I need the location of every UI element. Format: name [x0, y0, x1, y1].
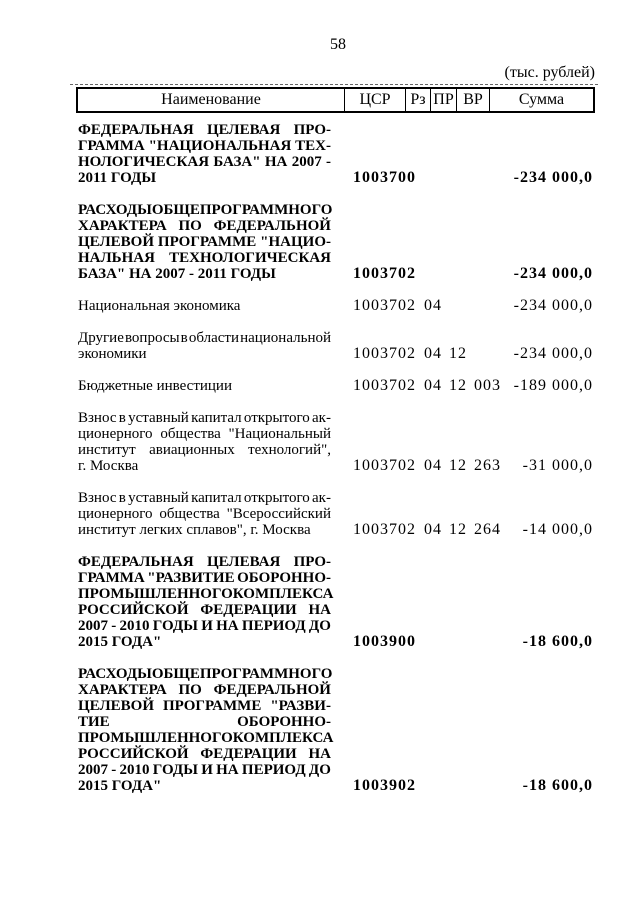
- row-cell-rz: 04: [424, 298, 442, 314]
- row-name-line: 2015 ГОДА": [78, 634, 331, 650]
- row-cell-sum: -234 000,0: [514, 266, 593, 282]
- scan-artifact-line: [70, 84, 598, 85]
- row-name-line: ПРОМЫШЛЕННОГОКОМПЛЕКСА: [78, 586, 331, 602]
- table-row: Взносвуставныйкапиталоткрытогоак-ционерн…: [78, 410, 593, 474]
- table-row: РАСХОДЫОБЩЕПРОГРАММНОГОХАРАКТЕРАПОФЕДЕРА…: [78, 666, 593, 794]
- header-cell-pr: ПР: [431, 89, 457, 111]
- header-cell-rz: Рз: [406, 89, 431, 111]
- row-cell-csr: 1003702: [353, 346, 416, 362]
- row-name-line: ционерногообщества"Национальный: [78, 426, 331, 442]
- row-name: Национальная экономика: [78, 298, 331, 314]
- row-cell-sum: -234 000,0: [514, 346, 593, 362]
- row-cell-rz: 04: [424, 378, 442, 394]
- table-row: Бюджетные инвестиции10037020412003-189 0…: [78, 378, 593, 394]
- row-name-line: институт легких сплавов", г. Москва: [78, 522, 331, 538]
- table-row: ФЕДЕРАЛЬНАЯЦЕЛЕВАЯПРО-ГРАММА"НАЦИОНАЛЬНА…: [78, 122, 593, 186]
- row-name-line: Национальная экономика: [78, 298, 331, 314]
- row-cell-pr: 12: [449, 458, 467, 474]
- row-cell-sum: -18 600,0: [523, 634, 593, 650]
- row-name-line: Взносвуставныйкапиталоткрытогоак-: [78, 490, 331, 506]
- row-cell-csr: 1003702: [353, 298, 416, 314]
- row-cell-vr: 263: [474, 458, 501, 474]
- row-cell-vr: 003: [474, 378, 501, 394]
- document-page: 58 (тыс. рублей) Наименование ЦСР Рз ПР …: [0, 0, 640, 900]
- row-cell-sum: -18 600,0: [523, 778, 593, 794]
- row-cell-pr: 12: [449, 346, 467, 362]
- row-name-line: 2015 ГОДА": [78, 778, 331, 794]
- row-name-line: институтавиационныхтехнологий",: [78, 442, 331, 458]
- header-cell-sum: Сумма: [490, 89, 593, 111]
- row-name-line: ЦЕЛЕВОЙПРОГРАММЕ"НАЦИО-: [78, 234, 331, 250]
- row-name-line: БАЗА" НА 2007 - 2011 ГОДЫ: [78, 266, 331, 282]
- row-cell-pr: 12: [449, 522, 467, 538]
- header-cell-csr: ЦСР: [345, 89, 406, 111]
- row-name-line: Бюджетные инвестиции: [78, 378, 331, 394]
- row-name-line: РАСХОДЫОБЩЕПРОГРАММНОГО: [78, 666, 331, 682]
- row-name-line: Взносвуставныйкапиталоткрытогоак-: [78, 410, 331, 426]
- row-cell-csr: 1003900: [353, 634, 416, 650]
- row-name: Взносвуставныйкапиталоткрытогоак-ционерн…: [78, 410, 331, 474]
- row-name: Другиевопросывобластинациональнойэкономи…: [78, 330, 331, 362]
- row-name-line: Другиевопросывобластинациональной: [78, 330, 331, 346]
- row-name-line: ТИЕОБОРОННО-: [78, 714, 331, 730]
- page-number: 58: [0, 37, 640, 53]
- row-name-line: РОССИЙСКОЙФЕДЕРАЦИИНА: [78, 602, 331, 618]
- header-cell-name: Наименование: [78, 89, 345, 111]
- row-name-line: ФЕДЕРАЛЬНАЯЦЕЛЕВАЯПРО-: [78, 554, 331, 570]
- row-cell-csr: 1003702: [353, 378, 416, 394]
- row-name-line: РАСХОДЫОБЩЕПРОГРАММНОГО: [78, 202, 331, 218]
- row-name-line: г. Москва: [78, 458, 331, 474]
- row-name: ФЕДЕРАЛЬНАЯЦЕЛЕВАЯПРО-ГРАММА"НАЦИОНАЛЬНА…: [78, 122, 331, 186]
- row-name-line: экономики: [78, 346, 331, 362]
- row-cell-rz: 04: [424, 522, 442, 538]
- row-name-line: 2011 ГОДЫ: [78, 170, 331, 186]
- row-cell-csr: 1003702: [353, 522, 416, 538]
- row-name-line: ПРОМЫШЛЕННОГОКОМПЛЕКСА: [78, 730, 331, 746]
- row-name-line: ГРАММА"НАЦИОНАЛЬНАЯТЕХ-: [78, 138, 331, 154]
- table-body: ФЕДЕРАЛЬНАЯЦЕЛЕВАЯПРО-ГРАММА"НАЦИОНАЛЬНА…: [0, 122, 640, 810]
- table-row: Национальная экономика100370204-234 000,…: [78, 298, 593, 314]
- row-name-line: ХАРАКТЕРАПОФЕДЕРАЛЬНОЙ: [78, 682, 331, 698]
- row-cell-sum: -31 000,0: [523, 458, 593, 474]
- row-cell-csr: 1003700: [353, 170, 416, 186]
- table-header: Наименование ЦСР Рз ПР ВР Сумма: [76, 87, 595, 113]
- row-name-line: ГРАММА"РАЗВИТИЕОБОРОННО-: [78, 570, 331, 586]
- row-name: РАСХОДЫОБЩЕПРОГРАММНОГОХАРАКТЕРАПОФЕДЕРА…: [78, 202, 331, 282]
- row-name-line: ХАРАКТЕРАПОФЕДЕРАЛЬНОЙ: [78, 218, 331, 234]
- row-name-line: НОЛОГИЧЕСКАЯБАЗА"НА2007-: [78, 154, 331, 170]
- row-name: ФЕДЕРАЛЬНАЯЦЕЛЕВАЯПРО-ГРАММА"РАЗВИТИЕОБО…: [78, 554, 331, 650]
- row-name-line: ЦЕЛЕВОЙПРОГРАММЕ"РАЗВИ-: [78, 698, 331, 714]
- row-name: РАСХОДЫОБЩЕПРОГРАММНОГОХАРАКТЕРАПОФЕДЕРА…: [78, 666, 331, 794]
- header-cell-vr: ВР: [457, 89, 490, 111]
- row-cell-csr: 1003702: [353, 458, 416, 474]
- table-row: РАСХОДЫОБЩЕПРОГРАММНОГОХАРАКТЕРАПОФЕДЕРА…: [78, 202, 593, 282]
- row-cell-vr: 264: [474, 522, 501, 538]
- row-cell-sum: -189 000,0: [514, 378, 593, 394]
- row-name-line: ФЕДЕРАЛЬНАЯЦЕЛЕВАЯПРО-: [78, 122, 331, 138]
- row-cell-csr: 1003702: [353, 266, 416, 282]
- row-cell-rz: 04: [424, 458, 442, 474]
- row-cell-sum: -14 000,0: [523, 522, 593, 538]
- row-cell-csr: 1003902: [353, 778, 416, 794]
- table-row: Другиевопросывобластинациональнойэкономи…: [78, 330, 593, 362]
- row-cell-rz: 04: [424, 346, 442, 362]
- row-name-line: НАЛЬНАЯТЕХНОЛОГИЧЕСКАЯ: [78, 250, 331, 266]
- row-cell-sum: -234 000,0: [514, 170, 593, 186]
- row-cell-sum: -234 000,0: [514, 298, 593, 314]
- row-name-line: 2007-2010ГОДЫИНАПЕРИОДДО: [78, 762, 331, 778]
- row-cell-pr: 12: [449, 378, 467, 394]
- units-note: (тыс. рублей): [76, 65, 595, 81]
- table-row: ФЕДЕРАЛЬНАЯЦЕЛЕВАЯПРО-ГРАММА"РАЗВИТИЕОБО…: [78, 554, 593, 650]
- table-row: Взносвуставныйкапиталоткрытогоак-ционерн…: [78, 490, 593, 538]
- row-name: Взносвуставныйкапиталоткрытогоак-ционерн…: [78, 490, 331, 538]
- row-name: Бюджетные инвестиции: [78, 378, 331, 394]
- row-name-line: ционерногообщества"Всероссийский: [78, 506, 331, 522]
- row-name-line: РОССИЙСКОЙФЕДЕРАЦИИНА: [78, 746, 331, 762]
- row-name-line: 2007-2010ГОДЫИНАПЕРИОДДО: [78, 618, 331, 634]
